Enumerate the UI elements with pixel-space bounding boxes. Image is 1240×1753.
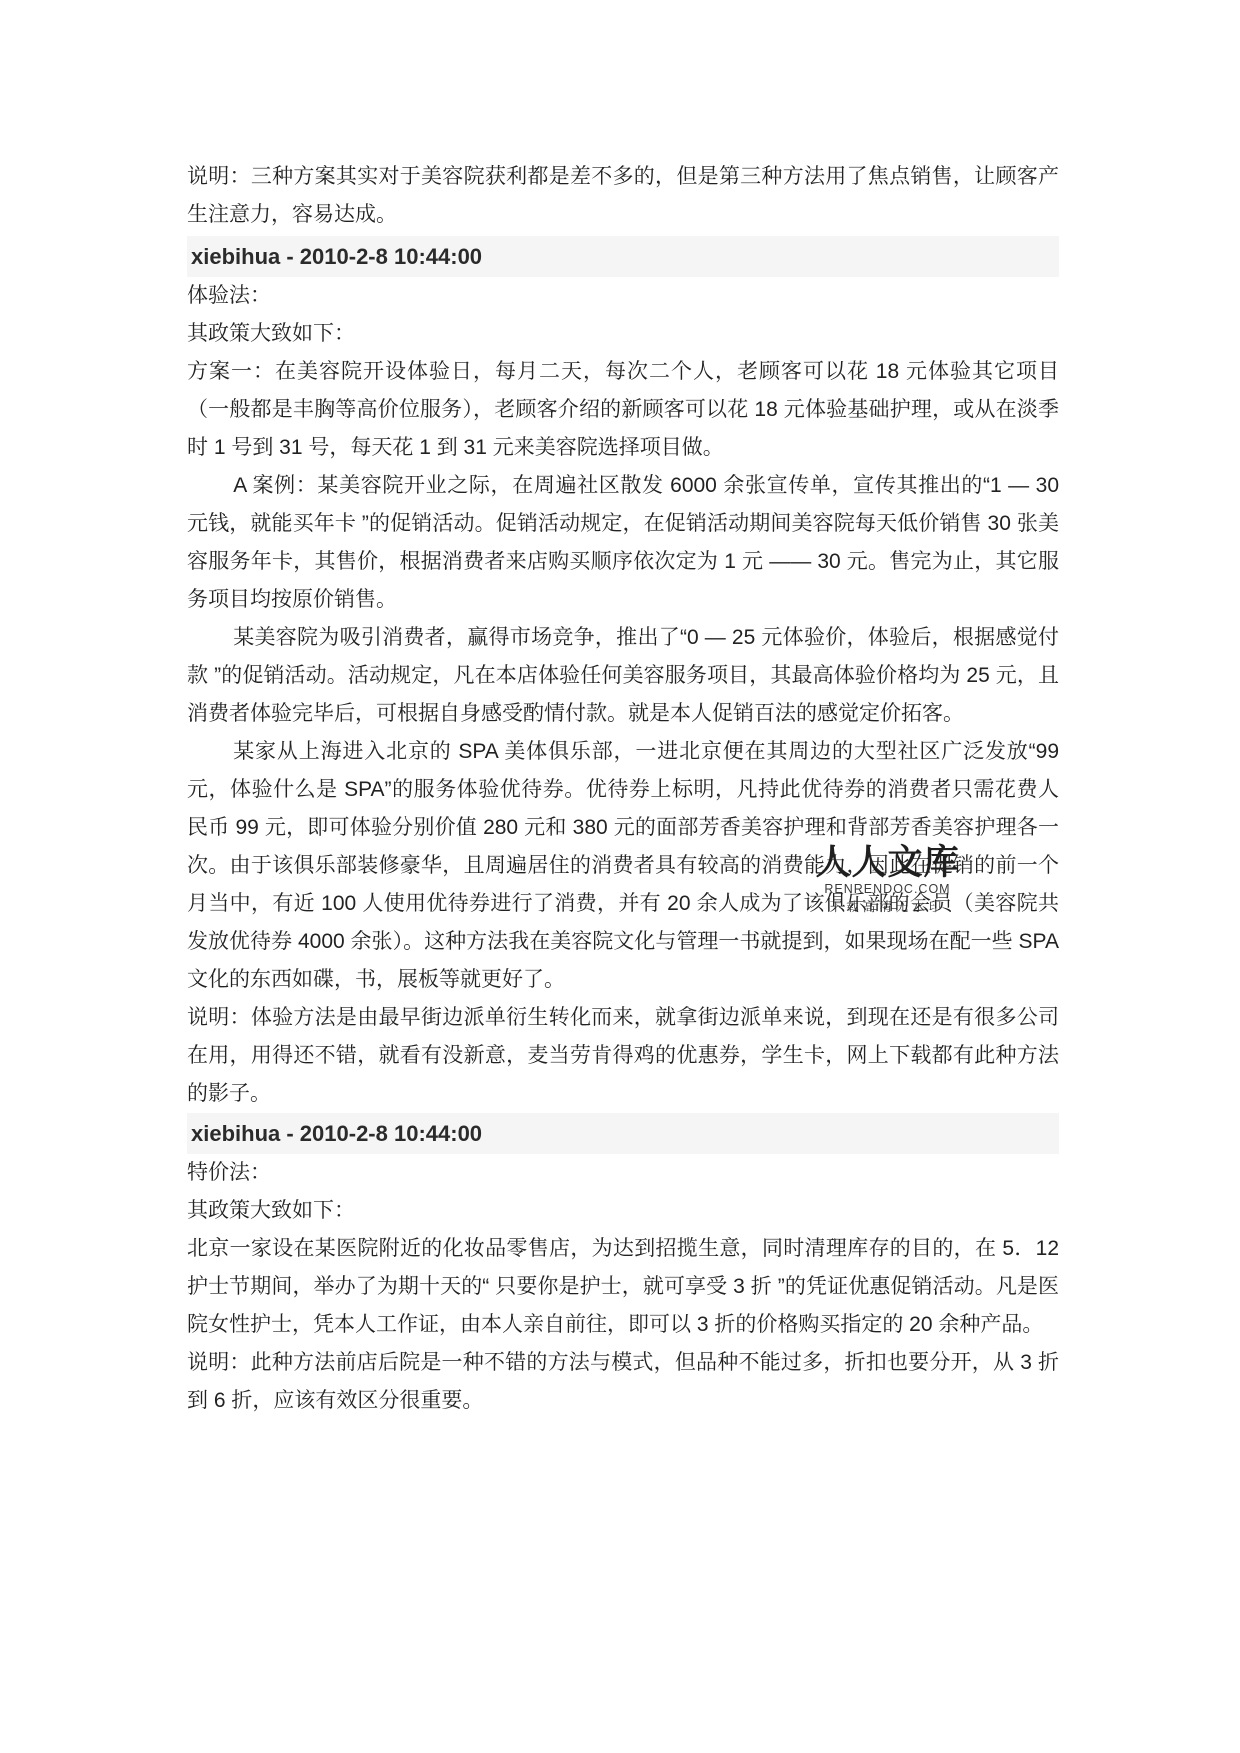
paragraph-plan-one: 方案一：在美容院开设体验日，每月二天，每次二个人，老顾客可以花 18 元体验其它… bbox=[187, 353, 1059, 467]
paragraph-method-title: 体验法： bbox=[187, 277, 1059, 315]
post-header: xiebihua - 2010-2-8 10:44:00 bbox=[187, 1113, 1059, 1154]
paragraph-method-note: 说明：体验方法是由最早街边派单衍生转化而来，就拿街边派单来说，到现在还是有很多公… bbox=[187, 999, 1059, 1113]
document-page: 说明：三种方案其实对于美容院获利都是差不多的，但是第三种方法用了焦点销售，让顾客… bbox=[0, 0, 1240, 1753]
post-author-timestamp: xiebihua - 2010-2-8 10:44:00 bbox=[191, 244, 482, 269]
paragraph-method-note: 说明：此种方法前店后院是一种不错的方法与模式，但品种不能过多，折扣也要分开，从 … bbox=[187, 1344, 1059, 1420]
paragraph-case-experience-price: 某美容院为吸引消费者，赢得市场竞争，推出了“0 — 25 元体验价，体验后，根据… bbox=[187, 619, 1059, 733]
paragraph-case-spa-club: 某家从上海进入北京的 SPA 美体俱乐部，一进北京便在其周边的大型社区广泛发放“… bbox=[187, 733, 1059, 999]
paragraph-policy-intro: 其政策大致如下： bbox=[187, 315, 1059, 353]
paragraph-method-title: 特价法： bbox=[187, 1154, 1059, 1192]
paragraph-policy-intro: 其政策大致如下： bbox=[187, 1192, 1059, 1230]
paragraph-case-nurse-discount: 北京一家设在某医院附近的化妆品零售店，为达到招揽生意，同时清理库存的目的，在 5… bbox=[187, 1230, 1059, 1344]
post-header: xiebihua - 2010-2-8 10:44:00 bbox=[187, 236, 1059, 277]
post-author-timestamp: xiebihua - 2010-2-8 10:44:00 bbox=[191, 1121, 482, 1146]
paragraph-case-a: A 案例：某美容院开业之际，在周遍社区散发 6000 余张宣传单，宣传其推出的“… bbox=[187, 467, 1059, 619]
intro-note-paragraph: 说明：三种方案其实对于美容院获利都是差不多的，但是第三种方法用了焦点销售，让顾客… bbox=[187, 158, 1059, 234]
document-content: 说明：三种方案其实对于美容院获利都是差不多的，但是第三种方法用了焦点销售，让顾客… bbox=[187, 158, 1059, 1420]
